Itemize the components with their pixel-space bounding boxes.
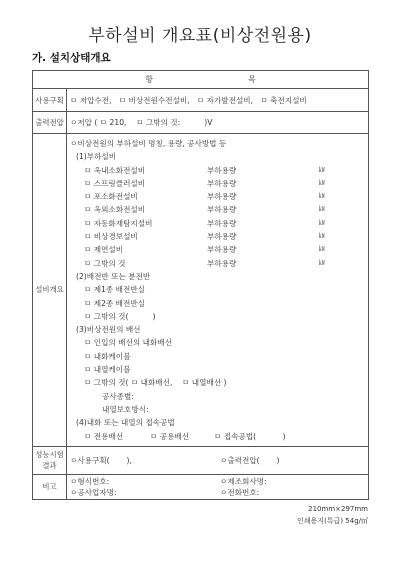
- load-capacity-unit: ㎾: [319, 217, 325, 230]
- load-capacity-unit: ㎾: [319, 177, 325, 190]
- load-capacity-label: 부하용량: [207, 190, 236, 203]
- load-item: ㅁ 그밖의 것부하용량㎾: [70, 257, 365, 270]
- phone-field[interactable]: ㅇ전화번호:: [220, 487, 259, 498]
- voltage-row: 출력전압 ㅇ저압 ( ㅁ 210, ㅁ 그밖의 것: )V: [33, 112, 369, 134]
- panel-item[interactable]: ㅁ 제1종 배전반실: [70, 283, 365, 296]
- header-cell: 항 목: [33, 71, 369, 89]
- contractor-field[interactable]: ㅇ공사업자명:: [70, 487, 220, 498]
- load-item-name[interactable]: ㅁ 옥내소화전설비: [84, 166, 145, 175]
- test-usage-field[interactable]: ㅇ사용구획( ),: [70, 455, 220, 466]
- load-capacity-label: 부하용량: [207, 203, 236, 216]
- load-capacity-unit: ㎾: [319, 203, 325, 216]
- document-title: 부하설비 개요표(비상전원용): [0, 21, 400, 46]
- test-result-row: 성능시험 결과 ㅇ사용구획( ), ㅇ출력전압( ): [33, 446, 369, 474]
- load-item-name[interactable]: ㅁ 비상경보설비: [84, 232, 138, 241]
- load-item: ㅁ 스프링클러설비부하용량㎾: [70, 177, 365, 190]
- usage-options: ㅁ 저압수전, ㅁ 비상전원수전설비, ㅁ 자가발전설비, ㅁ 축전지설비: [67, 89, 369, 112]
- load-capacity-unit: ㎾: [319, 230, 325, 243]
- load-item-name[interactable]: ㅁ 포소화전설비: [84, 192, 138, 201]
- test-voltage-field[interactable]: ㅇ출력전압( ): [220, 455, 280, 466]
- load-capacity-label: 부하용량: [207, 257, 236, 270]
- section-heading: 가. 설치상태개요: [32, 50, 111, 65]
- test-result-label-line2: 결과: [35, 460, 64, 471]
- usage-row: 사용구획 ㅁ 저압수전, ㅁ 비상전원수전설비, ㅁ 자가발전설비, ㅁ 축전지…: [33, 89, 369, 112]
- load-capacity-unit: ㎾: [319, 243, 325, 256]
- panel-heading: (2)배전반 또는 분전반: [70, 270, 365, 283]
- load-item: ㅁ 옥외소화전설비부하용량㎾: [70, 203, 365, 216]
- load-capacity-label: 부하용량: [207, 243, 236, 256]
- overview-label: 설비개요: [33, 134, 67, 447]
- wiring-item[interactable]: ㅁ 내열케이블: [70, 363, 365, 376]
- load-capacity-label: 부하용량: [207, 177, 236, 190]
- usage-option-emergency-receiving[interactable]: ㅁ 비상전원수전설비,: [119, 96, 190, 105]
- connection-option-dedicated[interactable]: ㅁ 전용배선: [84, 430, 150, 443]
- wiring-item[interactable]: ㅁ 내화케이블: [70, 350, 365, 363]
- test-result-content: ㅇ사용구획( ), ㅇ출력전압( ): [67, 446, 369, 474]
- load-item-name[interactable]: ㅁ 스프링클러설비: [84, 179, 145, 188]
- overview-intro: ㅇ비상전원의 부하설비 명칭, 용량, 공사방법 등: [70, 137, 365, 150]
- voltage-label: 출력전압: [33, 112, 67, 134]
- load-item: ㅁ 자동화재탐지설비부하용량㎾: [70, 217, 365, 230]
- connection-options: ㅁ 전용배선ㅁ 공용배선ㅁ 접속공법( ): [70, 430, 365, 443]
- wiring-item[interactable]: ㅁ 그밖의 것( ㅁ 내화배선, ㅁ 내열배선 ): [70, 376, 365, 389]
- test-result-label-line1: 성능시험: [35, 449, 64, 460]
- wiring-protection-method[interactable]: 내열보호방식:: [70, 403, 365, 416]
- voltage-value[interactable]: ㅇ저압 ( ㅁ 210, ㅁ 그밖의 것: )V: [67, 112, 369, 134]
- usage-option-low-voltage[interactable]: ㅁ 저압수전,: [70, 96, 112, 105]
- load-capacity-unit: ㎾: [319, 257, 325, 270]
- overview-content: ㅇ비상전원의 부하설비 명칭, 용량, 공사방법 등 (1)부하설비 ㅁ 옥내소…: [67, 134, 369, 447]
- connection-heading: (4)내화 또는 내열의 접속공법: [70, 416, 365, 429]
- wiring-construction-type[interactable]: 공사종별:: [70, 390, 365, 403]
- overview-row: 설비개요 ㅇ비상전원의 부하설비 명칭, 용량, 공사방법 등 (1)부하설비 …: [33, 134, 369, 447]
- load-item-name[interactable]: ㅁ 그밖의 것: [84, 259, 126, 268]
- model-number-field[interactable]: ㅇ형식번호:: [70, 476, 220, 487]
- overview-table: 항 목 사용구획 ㅁ 저압수전, ㅁ 비상전원수전설비, ㅁ 자가발전설비, ㅁ…: [32, 70, 369, 500]
- load-item: ㅁ 비상경보설비부하용량㎾: [70, 230, 365, 243]
- paper-size-note: 210mm×297mm: [308, 505, 368, 513]
- panel-item[interactable]: ㅁ 제2종 배전반실: [70, 297, 365, 310]
- usage-option-self-generation[interactable]: ㅁ 자가발전설비,: [197, 96, 253, 105]
- manufacturer-field[interactable]: ㅇ제조회사명:: [220, 476, 267, 487]
- panel-item[interactable]: ㅁ 그밖의 것( ): [70, 310, 365, 323]
- remarks-row: 비고 ㅇ형식번호: ㅇ제조회사명: ㅇ공사업자명: ㅇ전화번호:: [33, 474, 369, 499]
- test-result-label: 성능시험 결과: [33, 446, 67, 474]
- load-capacity-label: 부하용량: [207, 164, 236, 177]
- usage-label: 사용구획: [33, 89, 67, 112]
- load-capacity-unit: ㎾: [319, 190, 325, 203]
- load-item-name[interactable]: ㅁ 옥외소화전설비: [84, 205, 145, 214]
- remarks-label: 비고: [33, 474, 67, 499]
- load-item: ㅁ 제연설비부하용량㎾: [70, 243, 365, 256]
- connection-option-shared[interactable]: ㅁ 공용배선: [150, 430, 214, 443]
- remarks-content: ㅇ형식번호: ㅇ제조회사명: ㅇ공사업자명: ㅇ전화번호:: [67, 474, 369, 499]
- load-item: ㅁ 포소화전설비부하용량㎾: [70, 190, 365, 203]
- load-capacity-label: 부하용량: [207, 217, 236, 230]
- paper-weight-note: 인쇄용지(특급) 54g/㎡: [297, 516, 368, 526]
- header-col2: 목: [248, 74, 256, 85]
- wiring-item[interactable]: ㅁ 인입의 배선의 내화배선: [70, 336, 365, 349]
- load-item-name[interactable]: ㅁ 자동화재탐지설비: [84, 219, 152, 228]
- load-capacity-label: 부하용량: [207, 230, 236, 243]
- header-row: 항 목: [33, 71, 369, 89]
- connection-option-method[interactable]: ㅁ 접속공법( ): [214, 432, 286, 441]
- load-item: ㅁ 옥내소화전설비부하용량㎾: [70, 164, 365, 177]
- header-col1: 항: [145, 74, 153, 85]
- wiring-heading: (3)비상전원의 배선: [70, 323, 365, 336]
- load-item-name[interactable]: ㅁ 제연설비: [84, 245, 123, 254]
- usage-option-battery[interactable]: ㅁ 축전지설비: [260, 96, 306, 105]
- load-capacity-unit: ㎾: [319, 164, 325, 177]
- load-heading: (1)부하설비: [70, 150, 365, 163]
